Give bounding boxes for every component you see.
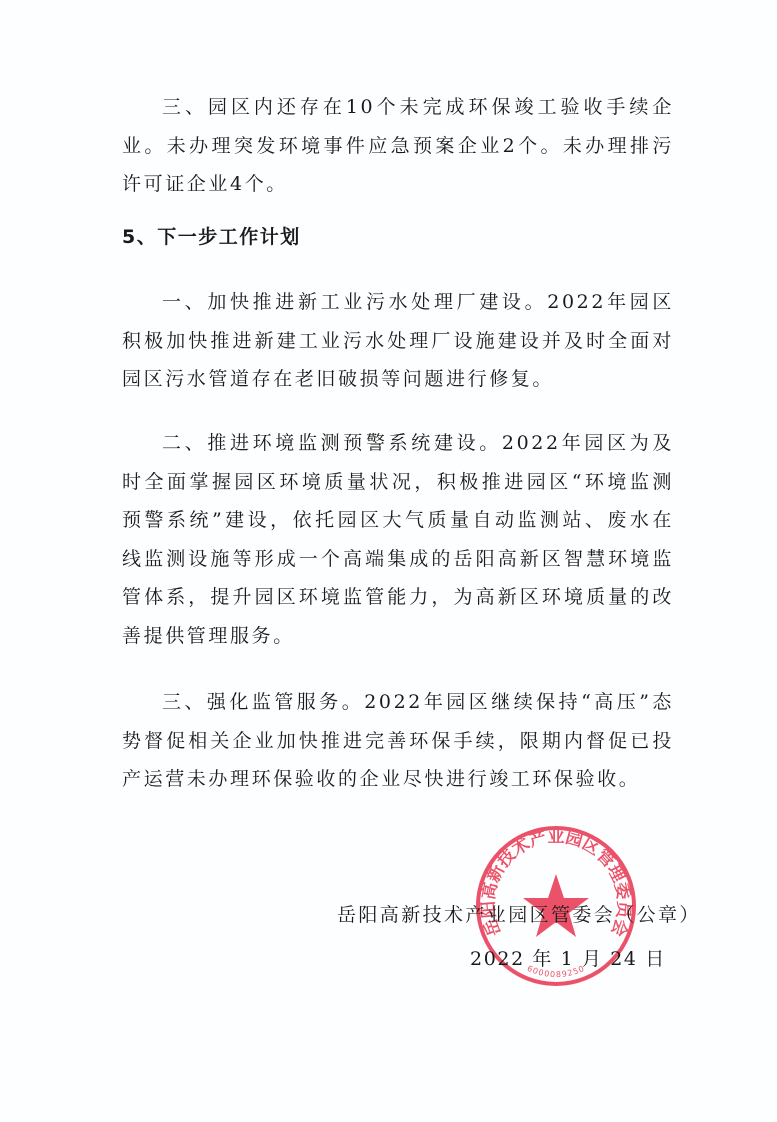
plan-item-1: 一、加快推进新工业污水处理厂建设。2022年园区积极加快推进新建工业污水处理厂设… xyxy=(122,283,674,399)
signature-organization: 岳阳高新技术产业园区管委会（公章） xyxy=(337,900,701,927)
paragraph-issue-three: 三、园区内还存在10个未完成环保竣工验收手续企业。未办理突发环境事件应急预案企业… xyxy=(122,88,674,204)
section-heading: 5、下一步工作计划 xyxy=(122,222,301,249)
document-page: 三、园区内还存在10个未完成环保竣工验收手续企业。未办理突发环境事件应急预案企业… xyxy=(0,0,777,1122)
plan-item-3: 三、强化监管服务。2022年园区继续保持“高压”态势督促相关企业加快推进完善环保… xyxy=(122,683,674,799)
plan-item-2: 二、推进环境监测预警系统建设。2022年园区为及时全面掌握园区环境质量状况，积极… xyxy=(122,424,674,655)
signature-date: 2022 年 1 月 24 日 xyxy=(470,944,666,971)
